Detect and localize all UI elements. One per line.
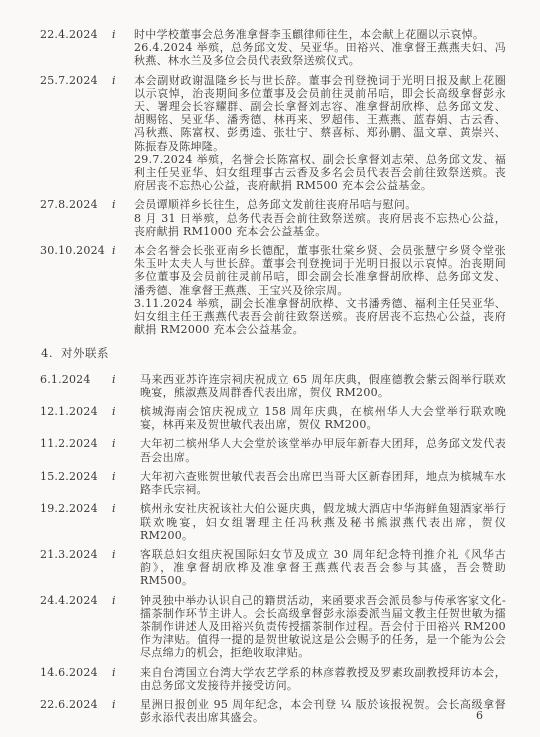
entry-text: 槟州永安社庆祝该社大伯公诞庆典，假龙城大酒店中华海鲜鱼翅酒家举行联欢晚宴，妇女组… <box>140 502 506 542</box>
report-entry: 25.7.2024i本会副财政谢温隆乡长与世长辞。董事会刊登挽词于光明日报及献上… <box>40 74 506 193</box>
report-entry: 24.4.2024i钟灵独中举办认识自己的籍贯活动，来函要求吾会派员参与传承客家… <box>40 594 506 660</box>
report-entry: 22.6.2024i星洲日报创业 95 周年纪念，本会刊登 ¼ 版於该报祝贺。会… <box>40 698 506 724</box>
entry-marker: i <box>112 698 140 724</box>
entry-date: 24.4.2024 <box>40 594 112 660</box>
report-entry: 12.1.2024i槟城海南会馆庆祝成立 158 周年庆典，在槟州华人大会堂举行… <box>40 405 506 431</box>
report-entry: 6.1.2024i马来西亚苏许连宗祠庆祝成立 65 周年庆典，假座德教会紫云阁举… <box>40 373 506 399</box>
page-number: 6 <box>476 709 483 722</box>
entry-date: 12.1.2024 <box>40 405 112 431</box>
entry-date: 15.2.2024 <box>40 470 112 496</box>
entry-paragraph: 时中学校董事会总务准拿督李玉麒律师往生，本会献上花圈以示哀悼。 <box>134 28 506 41</box>
entry-text: 会员谭顺祥乡长往生，总务邱文发前往丧府吊唁与慰问。8 月 31 日举殡，总务代表… <box>134 198 506 238</box>
report-entry: 14.6.2024i来自台湾国立台湾大学农艺学系的林彦蓉教授及罗素玫副教授拜访本… <box>40 666 506 692</box>
section-number: 4. <box>41 347 53 360</box>
entry-paragraph: 26.4.2024 举殡，总务邱文发、吴亚华。田裕兴、准拿督王燕燕夫妇、冯秋燕、… <box>134 41 506 67</box>
report-entry: 21.3.2024i客联总妇女组庆祝国际妇女节及成立 30 周年纪念特刊推介礼《… <box>40 548 506 588</box>
entry-paragraph: 会员谭顺祥乡长往生，总务邱文发前往丧府吊唁与慰问。 <box>134 198 506 211</box>
entry-text: 大年初二槟州华人大会堂於该堂举办甲辰年新春大团拜，总务邱文发代表吾会出席。 <box>140 437 506 463</box>
scanned-report-page: 22.4.2024i时中学校董事会总务准拿督李玉麒律师往生，本会献上花圈以示哀悼… <box>0 0 540 737</box>
entry-marker: i <box>112 666 140 692</box>
entry-date: 11.2.2024 <box>40 437 112 463</box>
entry-marker: i <box>112 470 140 496</box>
entry-date: 21.3.2024 <box>40 548 112 588</box>
entry-marker: i <box>112 594 140 660</box>
entry-marker: i <box>112 437 140 463</box>
entry-paragraph: 槟城海南会馆庆祝成立 158 周年庆典，在槟州华人大会堂举行联欢晚宴，林再来及贺… <box>140 405 506 431</box>
entry-paragraph: 29.7.2024 举殡，名誉会长陈富权、副会长拿督刘志荣、总务邱文发、福利主任… <box>134 153 506 193</box>
entry-text: 本会副财政谢温隆乡长与世长辞。董事会刊登挽词于光明日报及献上花圈以示哀悼，治丧期… <box>134 74 506 193</box>
entry-paragraph: 客联总妇女组庆祝国际妇女节及成立 30 周年纪念特刊推介礼《风华古韵》，准拿督胡… <box>140 548 506 588</box>
entry-date: 19.2.2024 <box>40 502 112 542</box>
entry-date: 22.6.2024 <box>40 698 112 724</box>
report-content: 22.4.2024i时中学校董事会总务准拿督李玉麒律师往生，本会献上花圈以示哀悼… <box>40 28 506 724</box>
entry-marker: i <box>112 548 140 588</box>
entry-date: 22.4.2024 <box>40 28 112 68</box>
entry-text: 大年初六查账贺世敏代表吾会出席巴当哥大区新春团拜，地点为槟城车水路李氏宗祠。 <box>140 470 506 496</box>
entry-paragraph: 大年初六查账贺世敏代表吾会出席巴当哥大区新春团拜，地点为槟城车水路李氏宗祠。 <box>140 470 506 496</box>
entry-paragraph: 钟灵独中举办认识自己的籍贯活动，来函要求吾会派员参与传承客家文化-擂茶制作环节主… <box>140 594 506 660</box>
entry-date: 27.8.2024 <box>40 198 112 238</box>
entry-paragraph: 本会副财政谢温隆乡长与世长辞。董事会刊登挽词于光明日报及献上花圈以示哀悼，治丧期… <box>134 74 506 153</box>
entry-date: 25.7.2024 <box>40 74 112 193</box>
entry-text: 本会名誉会长张亚南乡长德配，董事张壮棠乡贤、会员张慧宁乡贤令堂张朱玉叶太夫人与世… <box>134 244 506 336</box>
report-entry: 22.4.2024i时中学校董事会总务准拿督李玉麒律师往生，本会献上花圈以示哀悼… <box>40 28 506 68</box>
entry-paragraph: 本会名誉会长张亚南乡长德配，董事张壮棠乡贤、会员张慧宁乡贤令堂张朱玉叶太夫人与世… <box>134 244 506 297</box>
entry-marker: i <box>112 28 134 68</box>
entry-date: 6.1.2024 <box>40 373 112 399</box>
entry-paragraph: 星洲日报创业 95 周年纪念，本会刊登 ¼ 版於该报祝贺。会长高级拿督彭永添代表… <box>140 698 506 724</box>
entry-date: 30.10.2024 <box>40 244 112 336</box>
report-entry: 11.2.2024i大年初二槟州华人大会堂於该堂举办甲辰年新春大团拜，总务邱文发… <box>40 437 506 463</box>
entry-text: 时中学校董事会总务准拿督李玉麒律师往生，本会献上花圈以示哀悼。26.4.2024… <box>134 28 506 68</box>
entry-text: 来自台湾国立台湾大学农艺学系的林彦蓉教授及罗素玫副教授拜访本会，由总务邱文发接待… <box>140 666 506 692</box>
entry-paragraph: 马来西亚苏许连宗祠庆祝成立 65 周年庆典，假座德教会紫云阁举行联欢晚宴，熊淑燕… <box>140 373 506 399</box>
report-entry: 15.2.2024i大年初六查账贺世敏代表吾会出席巴当哥大区新春团拜，地点为槟城… <box>40 470 506 496</box>
section-title: 对外联系 <box>61 347 109 360</box>
entry-marker: i <box>112 373 140 399</box>
entry-paragraph: 3.11.2024 举殡，副会长准拿督胡欣桦、文书潘秀德、福利主任吴亚华、妇女组… <box>134 297 506 337</box>
report-section: 22.4.2024i时中学校董事会总务准拿督李玉麒律师往生，本会献上花圈以示哀悼… <box>40 28 506 336</box>
entry-marker: i <box>112 502 140 542</box>
entry-paragraph: 槟州永安社庆祝该社大伯公诞庆典，假龙城大酒店中华海鲜鱼翅酒家举行联欢晚宴，妇女组… <box>140 502 506 542</box>
entry-text: 星洲日报创业 95 周年纪念，本会刊登 ¼ 版於该报祝贺。会长高级拿督彭永添代表… <box>140 698 506 724</box>
entry-paragraph: 来自台湾国立台湾大学农艺学系的林彦蓉教授及罗素玫副教授拜访本会，由总务邱文发接待… <box>140 666 506 692</box>
entry-marker: i <box>112 244 134 336</box>
entry-marker: i <box>112 74 134 193</box>
entry-text: 客联总妇女组庆祝国际妇女节及成立 30 周年纪念特刊推介礼《风华古韵》，准拿督胡… <box>140 548 506 588</box>
section-heading: 4.对外联系 <box>41 347 506 360</box>
entry-date: 14.6.2024 <box>40 666 112 692</box>
report-section: 4.对外联系6.1.2024i马来西亚苏许连宗祠庆祝成立 65 周年庆典，假座德… <box>40 347 506 724</box>
report-entry: 19.2.2024i槟州永安社庆祝该社大伯公诞庆典，假龙城大酒店中华海鲜鱼翅酒家… <box>40 502 506 542</box>
entry-paragraph: 8 月 31 日举殡，总务代表吾会前往致祭送殡。丧府居丧不忘热心公益，丧府献捐 … <box>134 212 506 238</box>
entry-marker: i <box>112 198 134 238</box>
entry-marker: i <box>112 405 140 431</box>
entry-text: 槟城海南会馆庆祝成立 158 周年庆典，在槟州华人大会堂举行联欢晚宴，林再来及贺… <box>140 405 506 431</box>
entry-text: 钟灵独中举办认识自己的籍贯活动，来函要求吾会派员参与传承客家文化-擂茶制作环节主… <box>140 594 506 660</box>
report-entry: 27.8.2024i会员谭顺祥乡长往生，总务邱文发前往丧府吊唁与慰问。8 月 3… <box>40 198 506 238</box>
report-entry: 30.10.2024i本会名誉会长张亚南乡长德配，董事张壮棠乡贤、会员张慧宁乡贤… <box>40 244 506 336</box>
entry-text: 马来西亚苏许连宗祠庆祝成立 65 周年庆典，假座德教会紫云阁举行联欢晚宴，熊淑燕… <box>140 373 506 399</box>
entry-paragraph: 大年初二槟州华人大会堂於该堂举办甲辰年新春大团拜，总务邱文发代表吾会出席。 <box>140 437 506 463</box>
